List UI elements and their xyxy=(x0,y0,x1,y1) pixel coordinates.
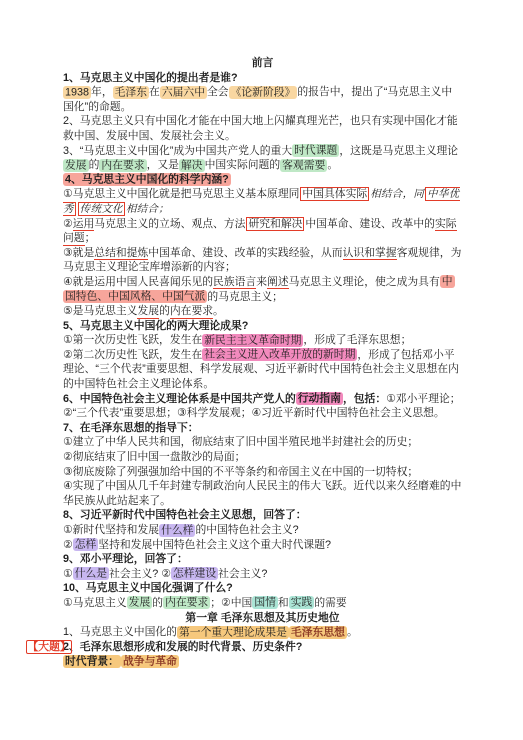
text-run: 5、马克思主义中国化的两大理论成果? xyxy=(63,320,248,332)
text-run: 和 xyxy=(278,597,289,609)
highlight-run: 内在要求 xyxy=(163,596,210,609)
answer-8-2: ②怎样坚持和发展中国特色社会主义这个重大时代课题? xyxy=(63,538,462,553)
text-run: 来 xyxy=(256,276,267,288)
highlight-run: 行动指南 xyxy=(296,392,343,405)
text-run: ④实现了中国从几千年封建专制政治向人民民主的伟大飞跃。近代以来久经磨难的中华民族… xyxy=(63,480,461,507)
text-run: ；②中国 xyxy=(210,597,252,609)
big-question-tag: 【大题】 xyxy=(26,640,72,655)
answer-5-2: ②第二次历史性飞跃，发生在社会主义进入改革开放的新时期，形成了包括邓小平理论、“… xyxy=(63,348,462,392)
handwritten-annotation: 相结合； xyxy=(126,203,169,215)
highlight-run: 第一个重大理论成果是 xyxy=(177,626,289,639)
answer-8-1: ①新时代坚持和发展什么样的中国特色社会主义? xyxy=(63,523,462,538)
highlight-run: 什么是 xyxy=(73,567,109,580)
text-run: ①马克思主义中国化就是把马克思主义基本原理同 xyxy=(63,188,299,200)
text-run: 中国具体实际 xyxy=(300,187,369,201)
question-10: 10、马克思主义中国化强调了什么? xyxy=(63,581,462,596)
answer-7-4: ④实现了中国从几千年封建专制政治向人民民主的伟大飞跃。近代以来久经磨难的中华民族… xyxy=(63,479,462,508)
highlight-run: 怎样 xyxy=(73,538,99,551)
text-run: 总结和提炼 xyxy=(94,247,148,261)
text-run: 中国革命、建设、改革的实践经验，从而 xyxy=(148,247,342,259)
highlight-run: 毛泽东思想 xyxy=(289,626,347,639)
highlight-run: 国情 xyxy=(252,596,278,609)
text-run: 中国实际问题的 xyxy=(205,159,281,171)
text-run: ① xyxy=(63,568,73,580)
highlight-run: 毛泽东 xyxy=(113,86,149,99)
handwritten-annotation: 传统文化 xyxy=(78,202,125,216)
question-1: 1、马克思主义中国化的提出者是谁? xyxy=(63,71,462,86)
answer-4-1: ①马克思主义中国化就是把马克思主义基本原理同中国具体实际相结合，同中华优秀传统文… xyxy=(63,187,462,216)
highlight-run: 发展 xyxy=(127,596,153,609)
text-run: 社会主义? xyxy=(218,568,267,580)
text-run: 内在要求 xyxy=(170,305,213,319)
document-page: 前言1、马克思主义中国化的提出者是谁?1938年，毛泽东在六届六中全会《论新阶段… xyxy=(63,56,462,669)
answer-7-1: ①建立了中华人民共和国，彻底结束了旧中国半殖民地半封建社会的历史； xyxy=(63,435,462,450)
text-run: 10、马克思主义中国化强调了什么? xyxy=(63,582,233,594)
text-run: 年， xyxy=(91,86,113,98)
text-run: ，这既是马克思主义理论 xyxy=(339,145,458,157)
text-run: ②第二次历史性飞跃，发生在 xyxy=(63,349,202,361)
highlight-run: 发展 xyxy=(63,159,89,172)
question-5: 5、马克思主义中国化的两大理论成果? xyxy=(63,319,462,334)
text-run: 第一章 毛泽东思想及其历史地位 xyxy=(185,612,339,624)
text-run: 的需要 xyxy=(314,597,346,609)
text-run: 研究和解决 xyxy=(246,217,304,231)
text-run: 发展 xyxy=(137,305,159,319)
text-run: 马克思主义理论，使之成为具有 xyxy=(289,276,440,288)
text-run: 6、中国特色社会主义理论体系是中国共产党人的 xyxy=(63,393,296,405)
chapter-1-title: 第一章 毛泽东思想及其历史地位 xyxy=(63,611,462,626)
answer-10: ①马克思主义发展的内在要求；②中国国情和实践的需要 xyxy=(63,596,462,611)
text-run: ③就是 xyxy=(63,247,94,259)
text-run: ①建立了中华人民共和国，彻底结束了旧中国半殖民地半封建社会的历史； xyxy=(63,436,418,448)
highlight-run: 怎样建设 xyxy=(171,567,218,580)
text-run: 阐述 xyxy=(267,276,289,290)
text-run: 运用 xyxy=(73,218,95,232)
text-run: ； xyxy=(85,232,96,244)
highlight-run: 内在要求 xyxy=(99,159,146,172)
text-run: ④就是运用中国人民喜闻乐见的 xyxy=(63,276,213,288)
question-7: 7、在毛泽东思想的指导下： xyxy=(63,421,462,436)
preface-title: 前言 xyxy=(63,56,462,71)
text-run: 3、“马克思主义中国化”成为中国共产党人的重大 xyxy=(63,145,292,157)
answer-7-3: ③彻底废除了列强强加给中国的不平等条约和帝国主义在中国的一切特权； xyxy=(63,465,462,480)
highlight-run: 什么样 xyxy=(159,524,195,537)
highlight-run: 六届六中 xyxy=(160,86,207,99)
highlight-run: 客观需要 xyxy=(280,159,327,172)
highlight-run: 《论新阶段》 xyxy=(229,86,298,99)
answer-4-4: ④就是运用中国人民喜闻乐见的民族语言来阐述马克思主义理论，使之成为具有中国特色、… xyxy=(63,275,462,304)
text-run: ，又是 xyxy=(147,159,179,171)
text-run: 社会主义? ② xyxy=(109,568,171,580)
text-run: 的 xyxy=(152,597,163,609)
text-run: ①第一次历史性飞跃，发生在 xyxy=(63,334,202,346)
answer-5-1: ①第一次历史性飞跃，发生在新民主主义革命时期，形成了毛泽东思想； xyxy=(63,333,462,348)
answer-9: ①什么是社会主义? ②怎样建设社会主义? xyxy=(63,567,462,582)
highlight-run: 时代背景： xyxy=(63,655,121,668)
handwritten-annotation: 相结合，同 xyxy=(370,188,424,200)
text-run: ② xyxy=(63,218,73,230)
question-8: 8、习近平新时代中国特色社会主义思想，回答了： xyxy=(63,508,462,523)
text-run: 。 xyxy=(327,159,338,171)
question-4: 4、马克思主义中国化的科学内涵? xyxy=(63,173,462,188)
chapter-1-point-1: 1、马克思主义中国化的第一个重大理论成果是毛泽东思想。 xyxy=(63,625,462,640)
text-run: 1、马克思主义中国化的提出者是谁? xyxy=(63,72,238,84)
text-run: ①马克思主义 xyxy=(63,597,127,609)
answer-4-5: ⑤是马克思主义发展的内在要求。 xyxy=(63,304,462,319)
chapter-1-answer-2: 时代背景：战争与革命 xyxy=(63,654,462,669)
text-run: 的马克思主义； xyxy=(207,291,283,303)
point-6: 6、中国特色社会主义理论体系是中国共产党人的行动指南，包括：①邓小平理论；②“三… xyxy=(63,392,462,421)
answer-4-2: ②运用马克思主义的立场、观点、方法研究和解决中国革命、建设、改革中的实际问题； xyxy=(63,217,462,246)
point-2: 2、马克思主义只有中国化才能在中国大地上闪耀真理光芒，也只有实现中国化才能救中国… xyxy=(63,114,462,143)
highlight-run: 新民主主义革命时期 xyxy=(202,334,303,347)
text-run: 。 xyxy=(213,305,224,317)
text-run: 的 xyxy=(159,305,170,317)
highlight-run: 时代课题 xyxy=(292,144,339,157)
text-run: 中国革命、建设、改革中的 xyxy=(305,218,435,230)
text-run: 坚持和发展中国特色社会主义这个重大时代课题? xyxy=(98,539,331,551)
text-run: ③彻底废除了列强强加给中国的不平等条约和帝国主义在中国的一切特权； xyxy=(63,466,418,478)
text-run: 7、在毛泽东思想的指导下： xyxy=(63,422,199,434)
text-run: 1、马克思主义中国化的 xyxy=(63,626,177,638)
answer-1: 1938年，毛泽东在六届六中全会《论新阶段》的报告中，提出了“马克思主义中国化”… xyxy=(63,85,462,114)
text-run: 马克思主义的立场、观点、方法 xyxy=(94,218,245,230)
text-run: 认识和掌握 xyxy=(343,247,397,261)
text-run: ⑤是马克思主义 xyxy=(63,305,137,317)
text-run: 的 xyxy=(89,159,100,171)
text-run: ，形成了毛泽东思想； xyxy=(303,334,411,346)
text-run: ②彻底结束了旧中国一盘散沙的局面； xyxy=(63,451,245,463)
text-run: 全会 xyxy=(207,86,229,98)
highlight-run: 战争与革命 xyxy=(121,655,179,668)
text-run: 9、邓小平理论，回答了： xyxy=(63,553,188,565)
highlight-run: 1938 xyxy=(63,86,91,99)
text-run: 2、毛泽东思想形成和发展的时代背景、历史条件? xyxy=(63,641,302,653)
point-3: 3、“马克思主义中国化”成为中国共产党人的重大时代课题，这既是马克思主义理论发展… xyxy=(63,144,462,173)
text-run: 前言 xyxy=(252,57,274,69)
text-run: 在 xyxy=(149,86,160,98)
highlight-run: 4、马克思主义中国化的科学内涵? xyxy=(63,173,231,186)
text-run: ，包括： xyxy=(343,393,386,405)
text-run: ①新时代坚持和发展 xyxy=(63,524,159,536)
text-run: 2、马克思主义只有中国化才能在中国大地上闪耀真理光芒，也只有实现中国化才能救中国… xyxy=(63,115,458,142)
text-run: 民族语言 xyxy=(213,276,256,290)
answer-4-3: ③就是总结和提炼中国革命、建设、改革的实践经验，从而认识和掌握客观规律，为马克思… xyxy=(63,246,462,275)
answer-7-2: ②彻底结束了旧中国一盘散沙的局面； xyxy=(63,450,462,465)
highlight-run: 解决 xyxy=(179,159,205,172)
highlight-run: 社会主义进入改革开放的新时期 xyxy=(202,348,357,361)
text-run: 的中国特色社会主义? xyxy=(195,524,298,536)
chapter-1-question-2: 【大题】2、毛泽东思想形成和发展的时代背景、历史条件? xyxy=(63,640,462,655)
question-9: 9、邓小平理论，回答了： xyxy=(63,552,462,567)
text-run: 8、习近平新时代中国特色社会主义思想，回答了： xyxy=(63,509,307,521)
text-run: 。 xyxy=(347,626,358,638)
text-run: ② xyxy=(63,539,73,551)
highlight-run: 实践 xyxy=(289,596,315,609)
